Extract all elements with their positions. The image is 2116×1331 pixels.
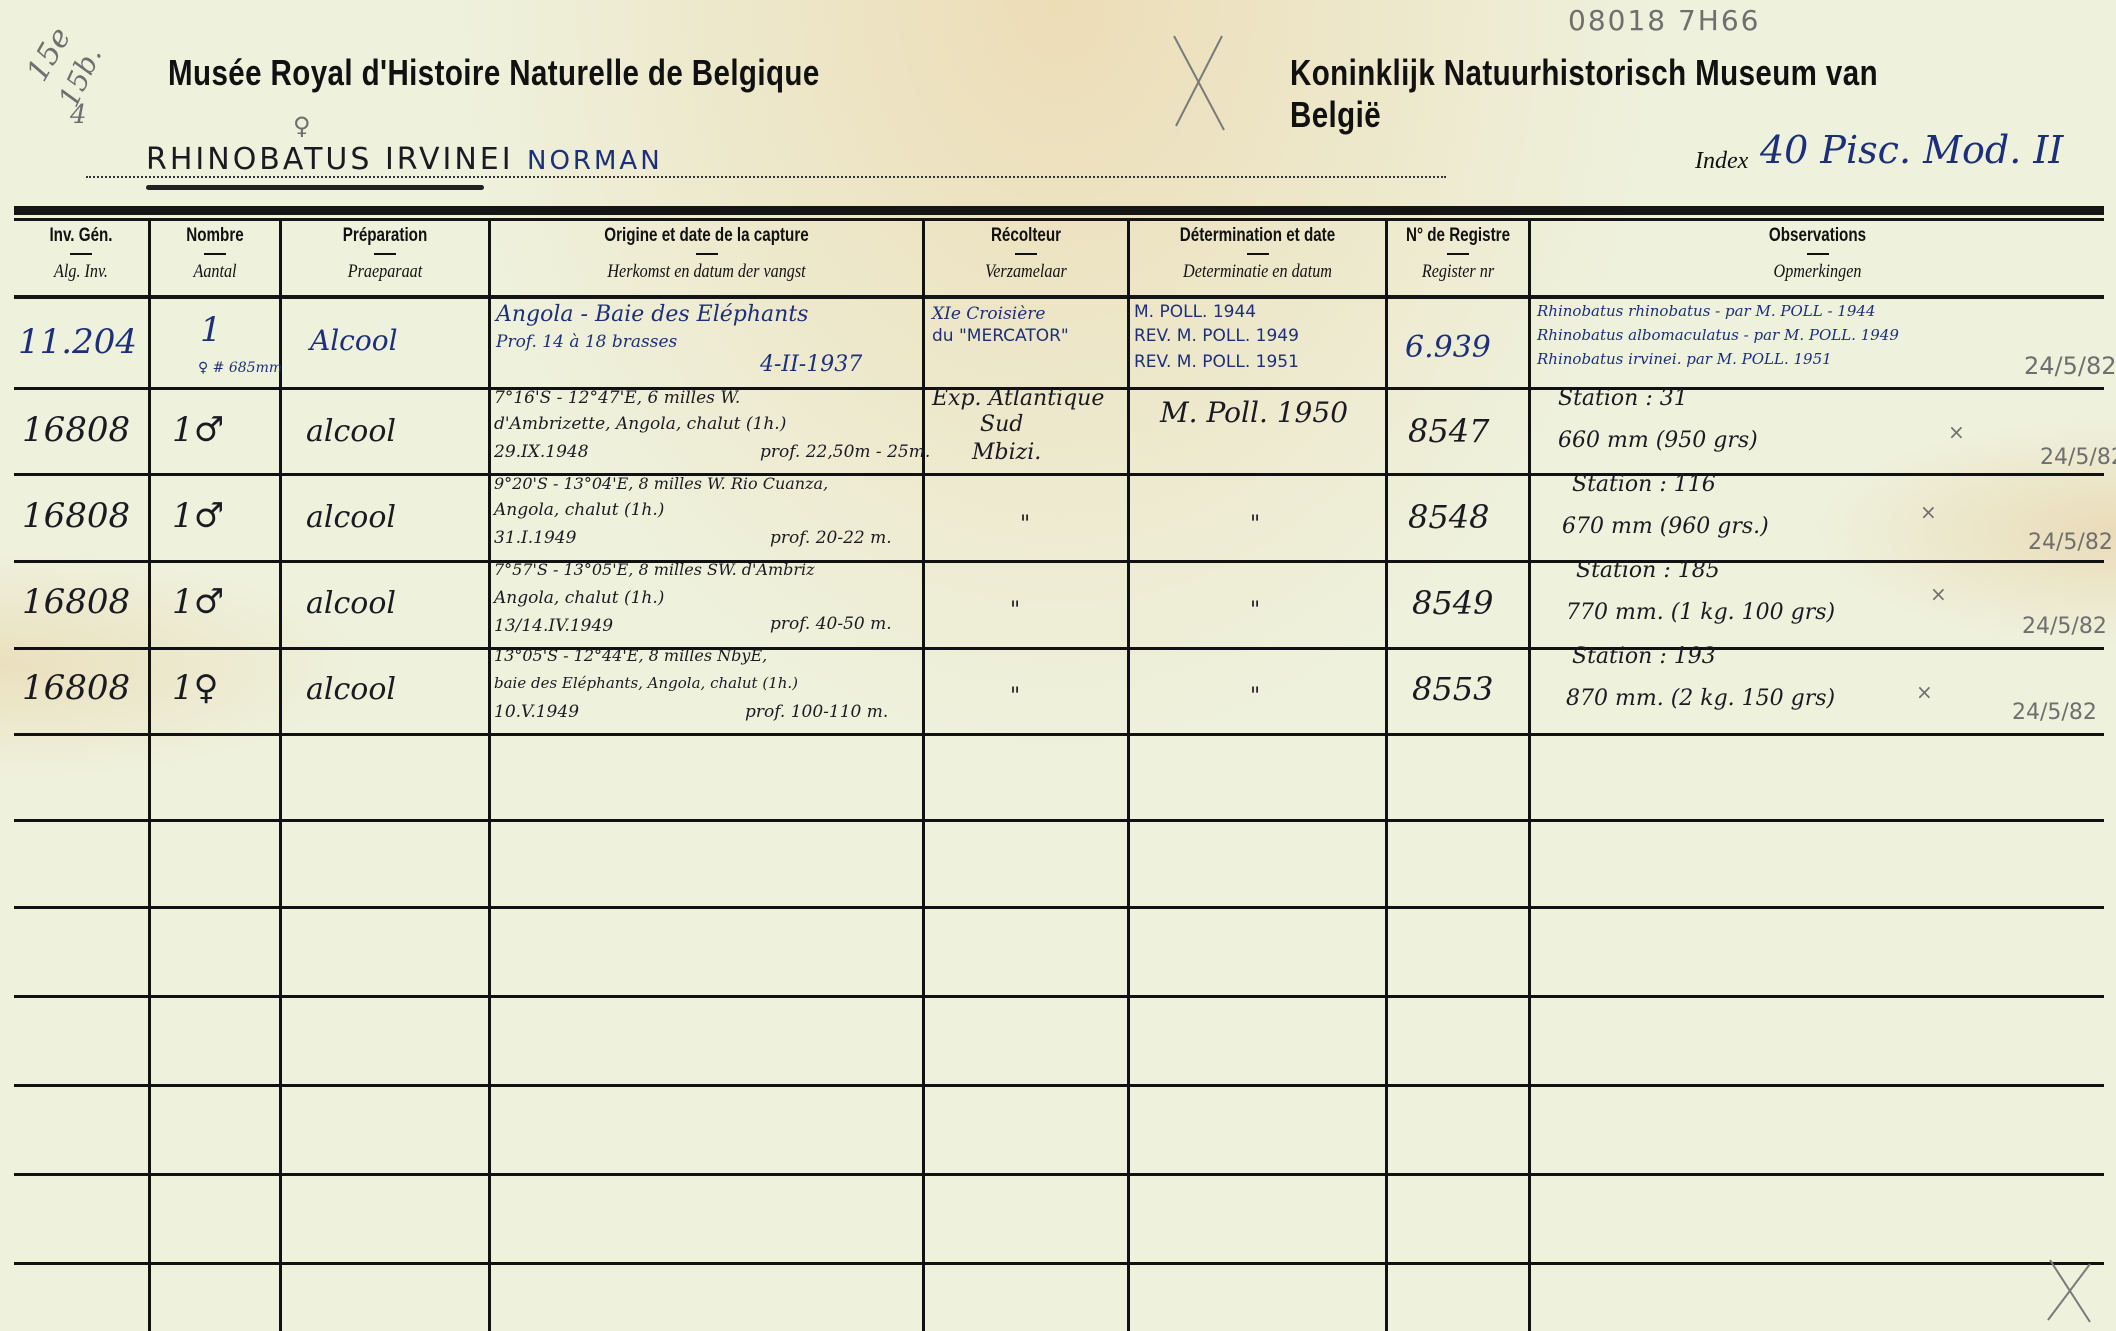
cell-inv: 16808 bbox=[22, 410, 130, 450]
row-line bbox=[14, 473, 2104, 476]
cell-nombre: 1♂ bbox=[172, 410, 224, 450]
cell-recolteur-line1: Exp. Atlantique bbox=[932, 386, 1104, 411]
cell-recolteur-ditto: " bbox=[1020, 512, 1030, 537]
row-line bbox=[14, 995, 2104, 998]
cell-nombre: 1 bbox=[200, 310, 222, 350]
col-header-fr: Nombre bbox=[164, 225, 266, 247]
col-header-origine: Origine et date de la captureHerkomst en… bbox=[491, 225, 922, 295]
col-header-nl: Alg. Inv. bbox=[24, 261, 138, 283]
index-label: Index bbox=[1695, 148, 1748, 175]
top-thick-rule bbox=[14, 206, 2104, 215]
col-header-registre: N° de RegistreRegister nr bbox=[1388, 225, 1528, 295]
cell-recolteur-ditto: " bbox=[1010, 598, 1020, 623]
cell-nombre-note: ♀ # 685mm bbox=[198, 360, 282, 376]
cell-origine-line2: Prof. 14 à 18 brasses bbox=[496, 332, 677, 352]
species-underline bbox=[146, 185, 484, 190]
row-line bbox=[14, 819, 2104, 822]
cell-recolteur-line3: Mbizi. bbox=[972, 440, 1041, 465]
cell-recolteur-line1: XIe Croisière bbox=[932, 304, 1046, 324]
cell-origine-depth: prof. 20-22 m. bbox=[770, 528, 892, 548]
pencil-x-icon: × bbox=[1930, 582, 1947, 606]
cell-origine-line1: 13°05'S - 12°44'E, 8 milles NbyE, bbox=[494, 646, 767, 665]
cell-observations-line2: 660 mm (950 grs) bbox=[1558, 428, 1758, 453]
pencil-check-date: 24/5/82 bbox=[2028, 530, 2113, 555]
top-thin-rule bbox=[14, 218, 2104, 221]
title-dutch: Koninklijk Natuurhistorisch Museum van B… bbox=[1290, 52, 1967, 136]
col-header-nl: Opmerkingen bbox=[1574, 261, 2061, 283]
col-header-nl: Register nr bbox=[1399, 261, 1518, 283]
cell-observations-line2: 770 mm. (1 kg. 100 grs) bbox=[1566, 600, 1835, 625]
cell-preparation: alcool bbox=[306, 586, 396, 621]
cell-inv: 11.204 bbox=[18, 322, 137, 362]
cell-determination-ditto: " bbox=[1250, 684, 1260, 709]
pencil-check-date: 24/5/82 bbox=[2022, 614, 2107, 639]
cell-observations-line2: 670 mm (960 grs.) bbox=[1562, 514, 1769, 539]
pencil-cross-icon bbox=[1168, 32, 1234, 136]
row-line bbox=[14, 1262, 2104, 1265]
cell-nombre: 1♀ bbox=[172, 668, 218, 708]
col-header-fr: Observations bbox=[1588, 225, 2046, 247]
col-header-fr: Récolteur bbox=[945, 225, 1107, 247]
cell-origine-depth: prof. 22,50m - 25m. bbox=[760, 442, 930, 462]
cell-registre: 8549 bbox=[1412, 584, 1493, 622]
cell-determination-line1: M. POLL. 1944 bbox=[1134, 302, 1256, 322]
pencil-check-date: 24/5/82 bbox=[2012, 700, 2097, 725]
cell-preparation: alcool bbox=[306, 672, 396, 707]
header-bottom-rule bbox=[14, 295, 2104, 299]
cell-recolteur-line2: du "MERCATOR" bbox=[932, 326, 1069, 346]
cell-determination-ditto: " bbox=[1250, 598, 1260, 623]
cell-origine-line1: 7°16'S - 12°47'E, 6 milles W. bbox=[494, 388, 740, 408]
cell-determination-ditto: " bbox=[1250, 512, 1260, 537]
row-line bbox=[14, 560, 2104, 563]
col-header-recolteur: RécolteurVerzamelaar bbox=[925, 225, 1127, 295]
col-header-observations: ObservationsOpmerkingen bbox=[1531, 225, 2104, 295]
row-line bbox=[14, 647, 2104, 650]
col-header-fr: Origine et date de la capture bbox=[534, 225, 879, 247]
cell-observations-line1: Station : 185 bbox=[1576, 558, 1720, 583]
cell-inv: 16808 bbox=[22, 496, 130, 536]
cell-origine-date: 31.I.1949 bbox=[494, 528, 576, 548]
cell-registre: 8547 bbox=[1408, 412, 1489, 450]
cell-observations-line2: 870 mm. (2 kg. 150 grs) bbox=[1566, 686, 1835, 711]
cell-origine-line2: Angola, chalut (1h.) bbox=[494, 588, 664, 608]
cell-origine-depth: prof. 100-110 m. bbox=[745, 702, 888, 722]
cell-nombre: 1♂ bbox=[172, 582, 224, 622]
pencil-accession-number: 08018 7H66 bbox=[1568, 4, 1760, 37]
cell-observations-line1: Rhinobatus rhinobatus - par M. POLL - 19… bbox=[1537, 302, 1875, 320]
col-header-fr: Détermination et date bbox=[1156, 225, 1360, 247]
cell-recolteur-ditto: " bbox=[1010, 684, 1020, 709]
col-header-nl: Herkomst en datum der vangst bbox=[523, 261, 889, 283]
cell-registre: 8548 bbox=[1408, 498, 1489, 536]
cell-observations-line1: Station : 116 bbox=[1572, 472, 1716, 497]
pencil-check-date: 24/5/82 bbox=[2040, 445, 2116, 470]
cell-nombre: 1♂ bbox=[172, 496, 224, 536]
species-author: NORMAN bbox=[527, 146, 663, 176]
col-header-nl: Praeparaat bbox=[297, 261, 472, 283]
cell-recolteur-line2: Sud bbox=[980, 412, 1023, 437]
cell-origine-line2: Angola, chalut (1h.) bbox=[494, 500, 664, 520]
cell-origine-line1: 7°57'S - 13°05'E, 8 milles SW. d'Ambriz bbox=[494, 560, 815, 579]
cell-observations-line2: Rhinobatus albomaculatus - par M. POLL. … bbox=[1537, 326, 1899, 344]
cell-determination: M. Poll. 1950 bbox=[1160, 396, 1348, 429]
cell-origine-date: 10.V.1949 bbox=[494, 702, 579, 722]
cell-origine-date: 4-II-1937 bbox=[760, 352, 862, 377]
cell-origine-depth: prof. 40-50 m. bbox=[770, 614, 892, 634]
cell-observations-line1: Station : 193 bbox=[1572, 644, 1716, 669]
title-french: Musée Royal d'Histoire Naturelle de Belg… bbox=[168, 52, 820, 94]
col-header-nl: Determinatie en datum bbox=[1149, 261, 1366, 283]
cell-origine-date: 13/14.IV.1949 bbox=[494, 616, 613, 636]
species-name: RHINOBATUS IRVINEI bbox=[146, 142, 514, 177]
index-value: 40 Pisc. Mod. II bbox=[1760, 128, 2063, 172]
col-header-fr: Inv. Gén. bbox=[27, 225, 134, 247]
cell-inv: 16808 bbox=[22, 582, 130, 622]
row-line bbox=[14, 1173, 2104, 1176]
cell-origine-line2: baie des Eléphants, Angola, chalut (1h.) bbox=[494, 674, 798, 692]
pencil-check-date: 24/5/82 bbox=[2024, 352, 2116, 380]
cell-origine-line1: Angola - Baie des Eléphants bbox=[496, 302, 808, 327]
col-header-nl: Aantal bbox=[161, 261, 270, 283]
col-header-fr: N° de Registre bbox=[1402, 225, 1514, 247]
pencil-x-icon: × bbox=[1920, 500, 1937, 524]
row-line bbox=[14, 906, 2104, 909]
col-header-preparation: PréparationPraeparaat bbox=[282, 225, 488, 295]
pencil-note-4: 4 bbox=[70, 100, 87, 130]
cell-determination-line2: REV. M. POLL. 1949 bbox=[1134, 326, 1299, 346]
row-line bbox=[14, 1084, 2104, 1087]
cell-preparation: alcool bbox=[306, 414, 396, 449]
pencil-x-icon: × bbox=[1948, 420, 1965, 444]
cell-registre: 8553 bbox=[1412, 670, 1493, 708]
col-header-determination: Détermination et dateDeterminatie en dat… bbox=[1130, 225, 1385, 295]
row-line bbox=[14, 733, 2104, 736]
cell-origine-line2: d'Ambrizette, Angola, chalut (1h.) bbox=[494, 414, 786, 434]
cell-observations-line1: Station : 31 bbox=[1558, 386, 1688, 411]
cell-observations-line3: Rhinobatus irvinei. par M. POLL. 1951 bbox=[1537, 350, 1832, 368]
species-correction-mark: ♀ bbox=[293, 112, 311, 140]
col-header-fr: Préparation bbox=[303, 225, 468, 247]
cell-inv: 16808 bbox=[22, 668, 130, 708]
cell-registre: 6.939 bbox=[1405, 330, 1491, 365]
cell-preparation: Alcool bbox=[310, 324, 398, 357]
col-header-inv: Inv. Gén.Alg. Inv. bbox=[14, 225, 148, 295]
cell-determination-line3: REV. M. POLL. 1951 bbox=[1134, 352, 1299, 372]
pencil-cross-icon bbox=[2046, 1256, 2096, 1326]
col-header-nombre: NombreAantal bbox=[151, 225, 279, 295]
cell-preparation: alcool bbox=[306, 500, 396, 535]
pencil-x-icon: × bbox=[1916, 680, 1933, 704]
col-header-nl: Verzamelaar bbox=[940, 261, 1112, 283]
cell-origine-line1: 9°20'S - 13°04'E, 8 milles W. Rio Cuanza… bbox=[494, 474, 828, 493]
cell-origine-date: 29.IX.1948 bbox=[494, 442, 589, 462]
